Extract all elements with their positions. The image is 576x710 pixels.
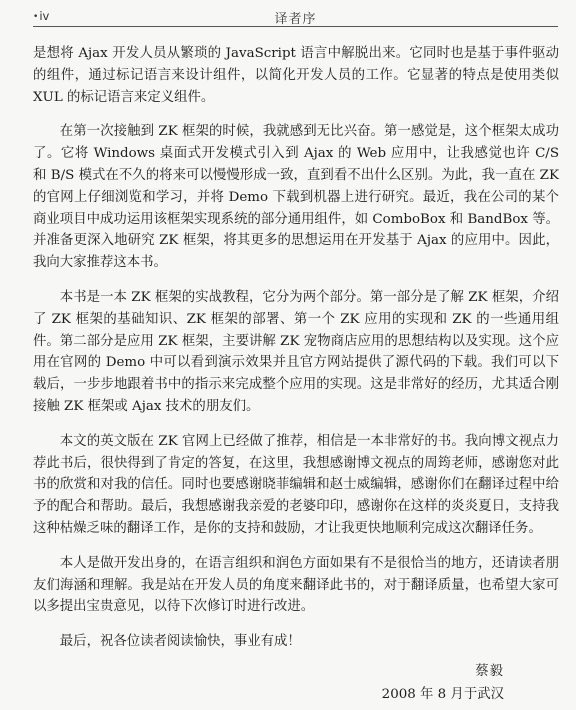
translator-name: 蔡毅 [475, 660, 504, 679]
paragraph: 在第一次接触到 ZK 框架的时候，我就感到无比兴奋。第一感觉是，这个框架太成功了… [33, 121, 559, 274]
paragraph: 本人是做开发出身的，在语言组织和润色方面如果有不是很恰当的地方，还请读者朋友们海… [33, 553, 559, 618]
book-page: •iv 译者序 是想将 Ajax 开发人员从繁琐的 JavaScript 语言中… [0, 0, 576, 710]
chapter-title: 译者序 [33, 8, 558, 27]
paragraph-continued: 是想将 Ajax 开发人员从繁琐的 JavaScript 语言中解脱出来。它同时… [33, 43, 559, 108]
running-header: •iv 译者序 [33, 6, 558, 27]
date-place: 2008 年 8 月于武汉 [382, 683, 504, 702]
paragraph: 本文的英文版在 ZK 官网上已经做了推荐，相信是一本非常好的书。我向博文视点力荐… [33, 431, 559, 540]
preface-body: 是想将 Ajax 开发人员从繁琐的 JavaScript 语言中解脱出来。它同时… [33, 43, 559, 666]
paragraph: 本书是一本 ZK 框架的实战教程，它分为两个部分。第一部分是了解 ZK 框架，介… [33, 287, 559, 418]
paragraph: 最后，祝各位读者阅读愉快，事业有成！ [33, 631, 559, 653]
